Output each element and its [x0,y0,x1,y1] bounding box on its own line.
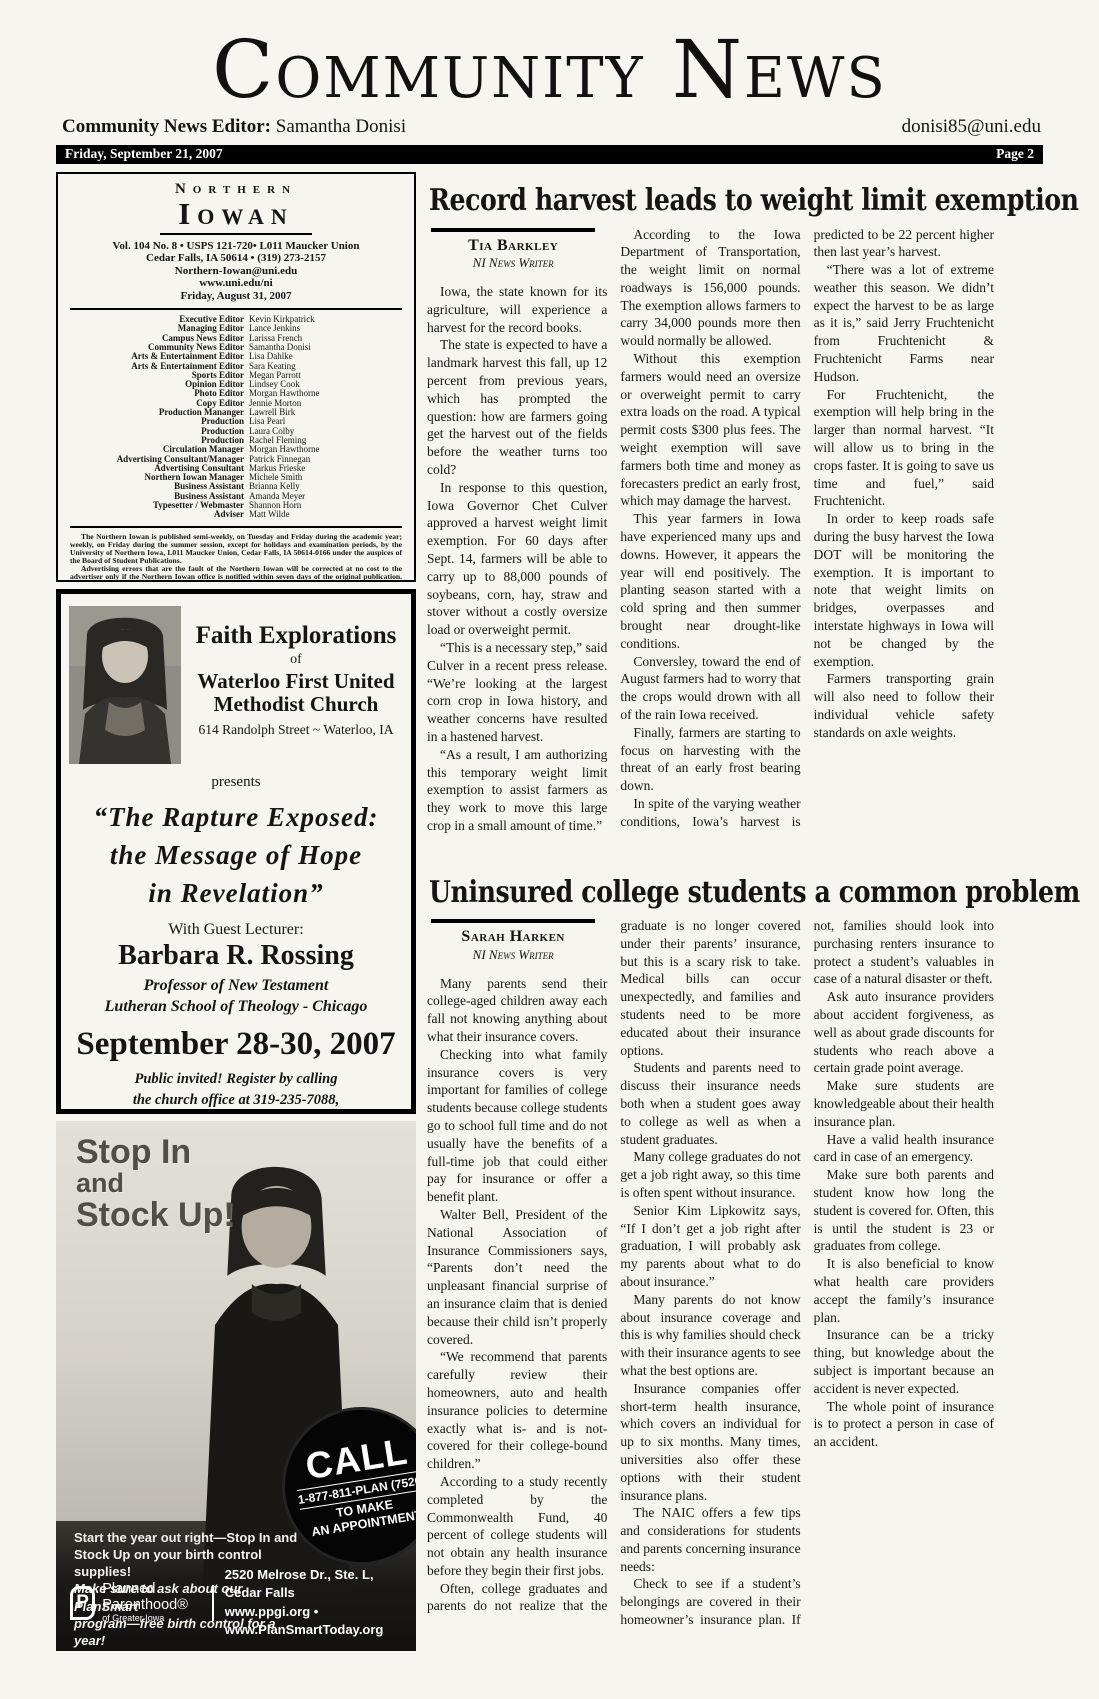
article-paragraph: “As a result, I am authorizing this temp… [427,746,607,835]
registration-line: Public invited! Register by calling [69,1069,403,1090]
masthead-name-bottom: Iowan [160,198,312,235]
editor-row: Community News Editor: Samantha Donisi d… [62,116,1041,138]
article-paragraph: Make sure students are knowledgeable abo… [814,1077,994,1130]
article-insurance-paragraphs: Many parents send their college-aged chi… [427,917,994,1633]
masthead-info-line: www.uni.edu/ni [70,277,402,290]
clinic-address-line: 2520 Melrose Dr., Ste. L, Cedar Falls [225,1566,406,1602]
clinic-urls: www.ppgi.org • www.PlanSmartToday.org [225,1603,406,1639]
article-harvest-body: Tia Barkley NI News Writer Iowa, the sta… [427,226,994,856]
article-insurance-byline: Sarah Harken NI News Writer [431,919,595,964]
planned-parenthood-ad: Stop In and Stock Up! CALL 1-877-811-PLA… [56,1121,416,1651]
article-paragraph: Insurance can be a tricky thing, but kno… [814,1326,994,1397]
page-number: Page 2 [996,146,1034,162]
lecturer-school: Lutheran School of Theology - Chicago [69,997,403,1017]
legal-paragraph: Advertising errors that are the fault of… [70,565,402,582]
masthead-info-line: Northern-Iowan@uni.edu [70,265,402,278]
editor-label: Community News Editor: [62,116,271,137]
logo-name: Planned Parenthood® [102,1582,200,1612]
article-paragraph: Many college graduates do not get a job … [620,1148,800,1201]
date-bar: Friday, September 21, 2007 Page 2 [56,145,1043,164]
article-paragraph: According to the Iowa Department of Tran… [620,226,800,351]
event-dates: September 28-30, 2007 [69,1026,403,1062]
article-harvest: Record harvest leads to weight limit exe… [427,182,994,856]
church-ad: Faith Explorations of Waterloo First Uni… [56,589,416,1114]
church-ad-top: Faith Explorations of Waterloo First Uni… [69,606,403,764]
byline-author: Tia Barkley [431,237,595,255]
staff-title: Adviser [74,510,249,519]
article-harvest-byline: Tia Barkley NI News Writer [431,228,595,273]
issue-date: Friday, September 21, 2007 [65,146,223,162]
article-paragraph: For Fruchtenicht, the exemption will hel… [814,386,994,511]
article-paragraph: Without this exemption farmers would nee… [620,350,800,510]
article-paragraph: “We recommend that parents carefully rev… [427,1348,607,1473]
page-header: Community News Community News Editor: Sa… [0,30,1099,164]
staff-name: Matt Wilde [249,510,290,519]
masthead-info-line: Vol. 104 No. 8 • USPS 121-720• L011 Mauc… [70,240,402,253]
article-paragraph: According to a study recently completed … [427,1473,607,1580]
clinic-address: 2520 Melrose Dr., Ste. L, Cedar Falls ww… [225,1566,406,1639]
church-ad-inner: Faith Explorations of Waterloo First Uni… [60,593,412,1110]
article-paragraph: Senior Kim Lipkowitz says, “If I don’t g… [620,1202,800,1291]
byline-role: NI News Writer [431,946,595,964]
event-title-line: “The Rapture Exposed: [69,799,403,837]
ad-slogan: Stop In and Stock Up! [76,1135,235,1233]
masthead-divider [70,526,402,528]
planned-parenthood-logo-text: Planned Parenthood® of Greater Iowa [102,1582,200,1622]
article-paragraph: Many parents do not know about insurance… [620,1291,800,1380]
newspaper-page: Community News Community News Editor: Sa… [0,0,1099,1699]
editor-name: Samantha Donisi [276,116,406,137]
church-ad-presents: presents [69,774,403,791]
article-paragraph: “This is a necessary step,” said Culver … [427,639,607,746]
article-insurance-headline: Uninsured college students a common prob… [429,874,994,912]
editor-line: Community News Editor: Samantha Donisi [62,116,406,138]
masthead-info: Vol. 104 No. 8 • USPS 121-720• L011 Mauc… [70,240,402,303]
church-ad-org: Faith Explorations [189,622,403,650]
event-title-line: in Revelation” [69,875,403,913]
article-insurance: Uninsured college students a common prob… [427,874,994,1634]
byline-author: Sarah Harken [431,928,595,946]
article-paragraph: The state is expected to have a landmark… [427,336,607,478]
page-content: Northern Iowan Vol. 104 No. 8 • USPS 121… [56,172,1099,1651]
legal-notices: The Northern Iowan is published semi-wee… [70,533,402,582]
masthead-info-line: Cedar Falls, IA 50614 • (319) 273-2157 [70,252,402,265]
ad-footer: P Planned Parenthood® of Greater Iowa 25… [70,1566,406,1639]
article-paragraph: Conversley, toward the end of August far… [620,653,800,724]
footer-divider [212,1585,213,1621]
article-insurance-headline-text: Uninsured college students a common prob… [429,874,1080,912]
article-paragraph: Farmers transporting grain will also nee… [814,670,994,741]
article-paragraph: Have a valid health insurance card in ca… [814,1131,994,1167]
event-title: “The Rapture Exposed:the Message of Hope… [69,799,403,912]
masthead-box: Northern Iowan Vol. 104 No. 8 • USPS 121… [56,172,416,582]
masthead-info-line: Friday, August 31, 2007 [70,290,402,303]
article-paragraph: Iowa, the state known for its agricultur… [427,283,607,336]
left-rail: Northern Iowan Vol. 104 No. 8 • USPS 121… [56,172,416,1651]
ad-message-line: Start the year out right—Stop In and [74,1529,299,1546]
article-paragraph: It is also beneficial to know what healt… [814,1255,994,1326]
article-paragraph: Make sure both parents and student know … [814,1166,994,1255]
article-paragraph: This year farmers in Iowa have experienc… [620,510,800,652]
ad-slogan-line3: Stock Up! [76,1198,235,1233]
planned-parenthood-logo: P Planned Parenthood® of Greater Iowa [70,1582,200,1622]
article-harvest-headline: Record harvest leads to weight limit exe… [429,182,994,220]
article-harvest-paragraphs: Iowa, the state known for its agricultur… [427,226,994,856]
section-title: Community News [0,30,1099,110]
legal-paragraph: The Northern Iowan is published semi-wee… [70,533,402,565]
article-paragraph: In order to keep roads safe during the b… [814,510,994,670]
article-paragraph: Ask auto insurance providers about accid… [814,988,994,1077]
article-paragraph: Finally, farmers are starting to focus o… [620,724,800,795]
article-paragraph: Walter Bell, President of the National A… [427,1206,607,1348]
article-paragraph: In response to this question, Iowa Gover… [427,479,607,639]
church-address: 614 Randolph Street ~ Waterloo, IA [189,722,403,738]
article-paragraph: Checking into what family insurance cove… [427,1046,607,1206]
byline-role: NI News Writer [431,254,595,272]
article-paragraph: The whole point of insurance is to prote… [814,1398,994,1451]
articles-column: Record harvest leads to weight limit exe… [427,172,994,1651]
article-paragraph: Many parents send their college-aged chi… [427,975,607,1046]
ad-slogan-line1: Stop In [76,1135,235,1170]
lecturer-photo [69,606,181,764]
article-paragraph: Insurance companies offer short-term hea… [620,1380,800,1505]
planned-parenthood-logo-icon: P [70,1586,95,1620]
church-name-line2: Methodist Church [189,693,403,717]
lecturer-name: Barbara R. Rossing [69,941,403,972]
staff-list: Executive Editor Kevin Kirkpatrick Manag… [74,315,398,520]
church-ad-of: of [189,652,403,668]
registration-line: the church office at 319-235-7088, [69,1090,403,1110]
church-name-line1: Waterloo First United [189,670,403,694]
masthead-divider [70,308,402,310]
article-insurance-body: Sarah Harken NI News Writer Many parents… [427,917,994,1633]
staff-row: Adviser Matt Wilde [74,510,398,519]
article-harvest-headline-text: Record harvest leads to weight limit exe… [429,182,1079,220]
event-title-line: the Message of Hope [69,837,403,875]
lecturer-title: Professor of New Testament [69,976,403,996]
registration-info: Public invited! Register by callingthe c… [69,1069,403,1110]
lecturer-intro: With Guest Lecturer: [69,921,403,939]
article-paragraph: “There was a lot of extreme weather this… [814,261,994,386]
logo-subtitle: of Greater Iowa [102,1613,200,1623]
ad-slogan-line2: and [76,1170,235,1198]
editor-email: donisi85@uni.edu [902,116,1041,138]
church-ad-titles: Faith Explorations of Waterloo First Uni… [189,606,403,738]
article-paragraph: Students and parents need to discuss the… [620,1059,800,1148]
article-paragraph: The NAIC offers a few tips and considera… [620,1504,800,1575]
